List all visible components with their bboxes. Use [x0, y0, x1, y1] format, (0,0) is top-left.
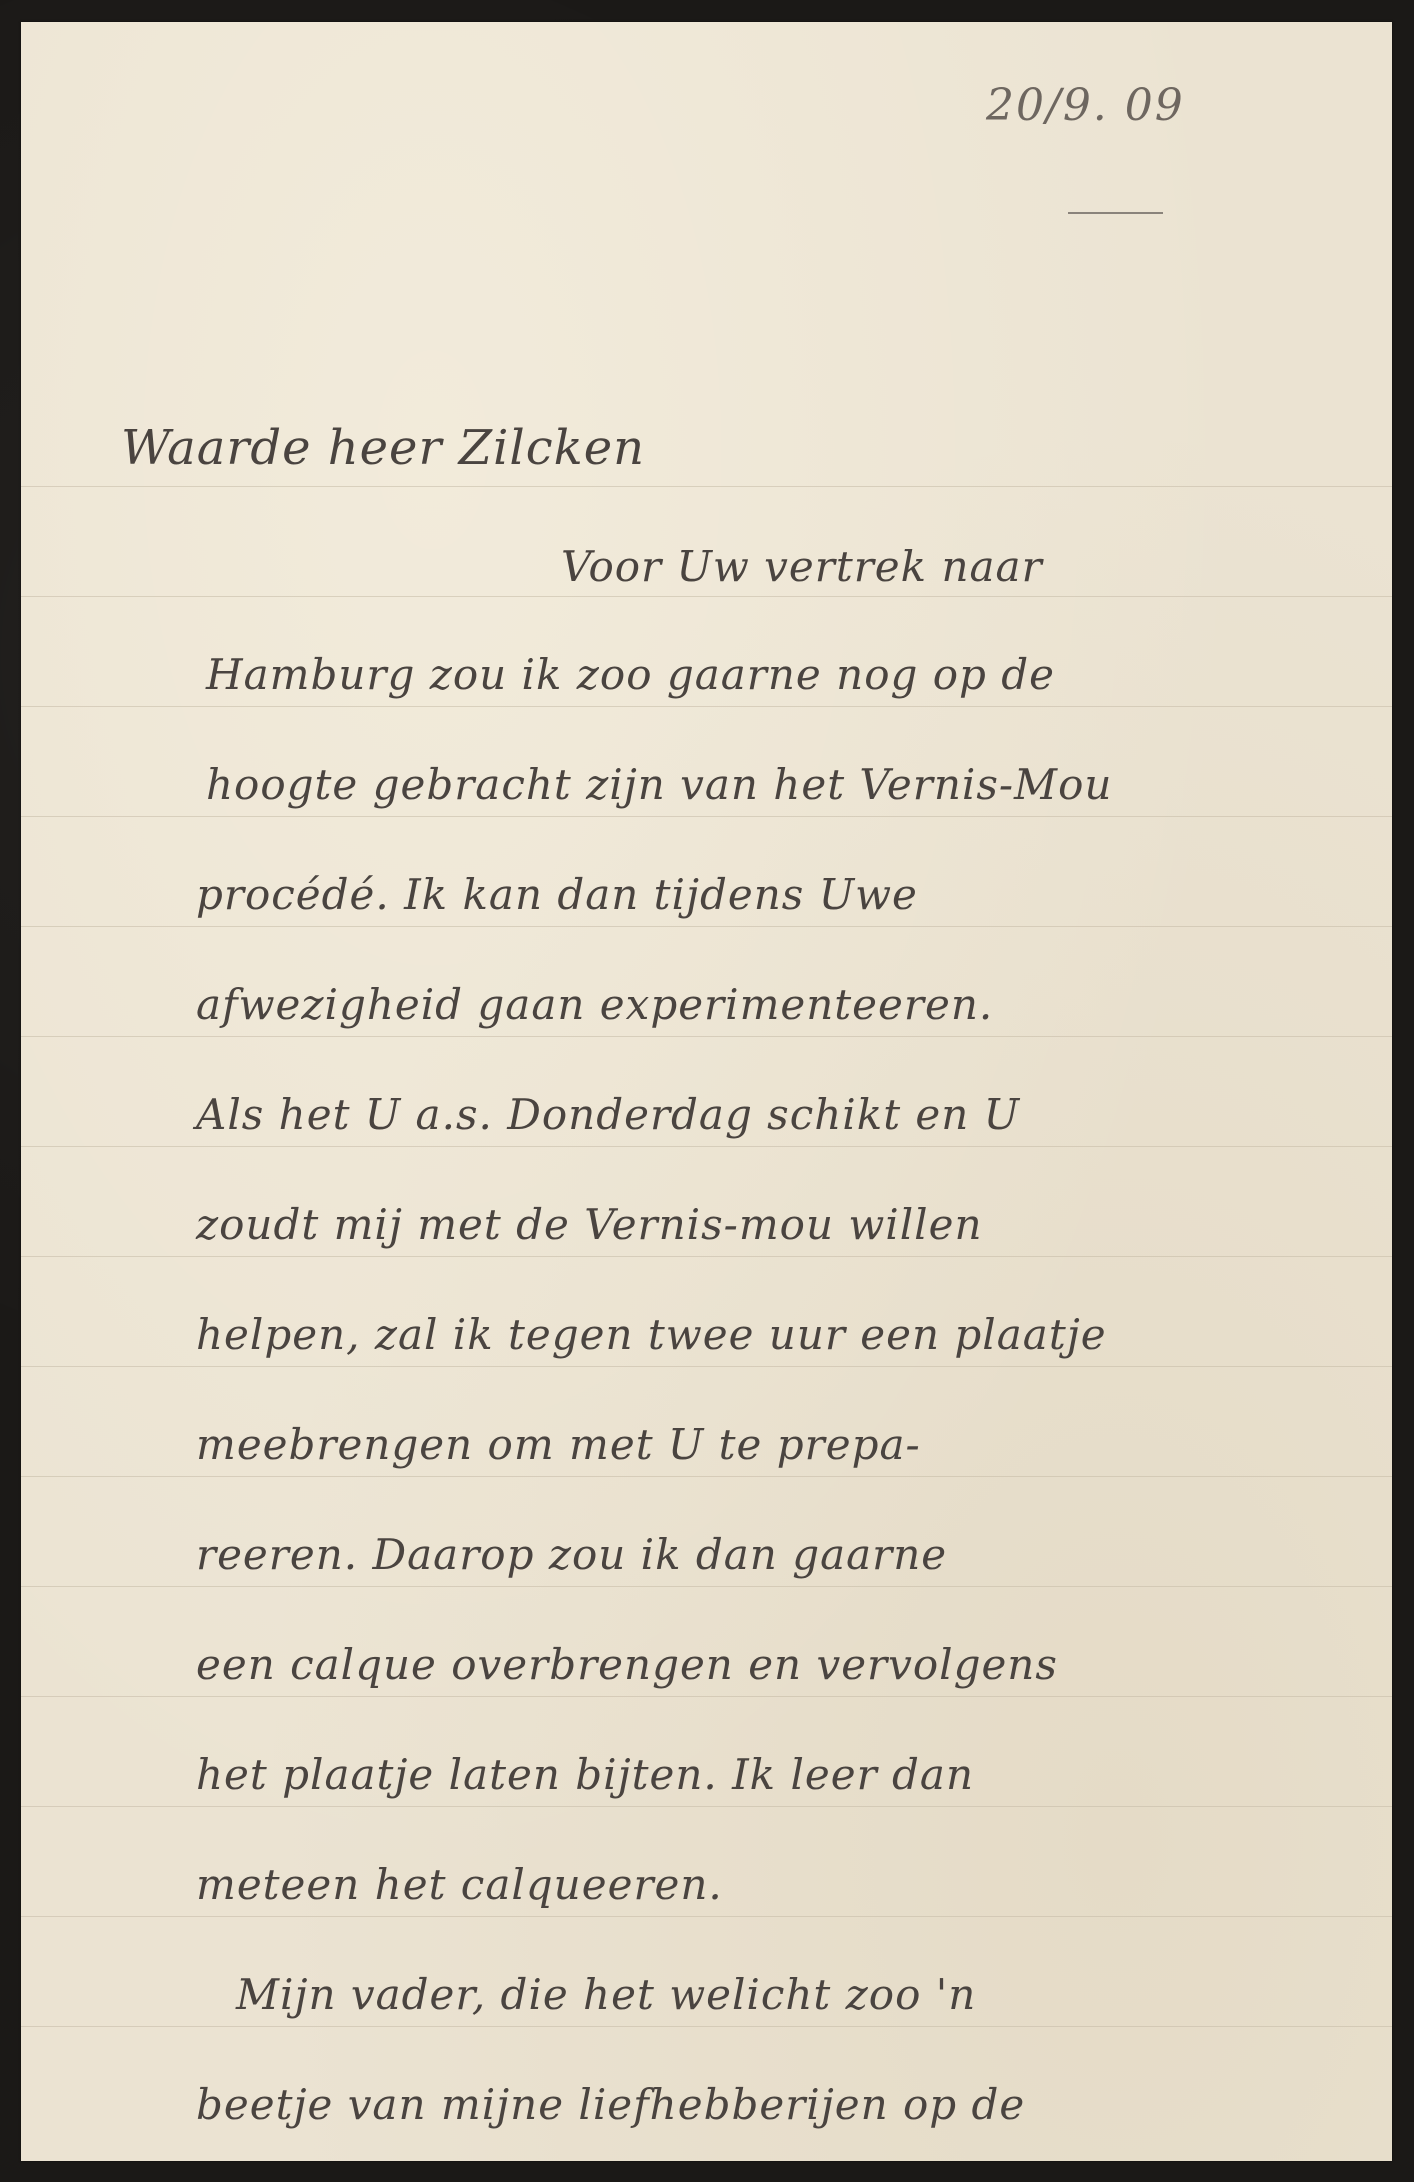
body-line-3: hoogte gebracht zijn van het Vernis-Mou: [206, 760, 1112, 809]
body-line-1: Voor Uw vertrek naar: [561, 542, 1043, 591]
ruled-line: [21, 1256, 1392, 1257]
ruled-line: [21, 706, 1392, 707]
ruled-line: [21, 2026, 1392, 2027]
ruled-line: [21, 596, 1392, 597]
ruled-line: [21, 1916, 1392, 1917]
ruled-line: [21, 1806, 1392, 1807]
letter-page: 20/9. 09 Waarde heer Zilcken Voor Uw ver…: [21, 22, 1392, 2161]
salutation: Waarde heer Zilcken: [121, 420, 645, 476]
ruled-line: [21, 1036, 1392, 1037]
body-line-11: een calque overbrengen en vervolgens: [196, 1640, 1058, 1689]
body-line-2: Hamburg zou ik zoo gaarne nog op de: [206, 650, 1055, 699]
body-line-14: Mijn vader, die het welicht zoo 'n: [236, 1970, 976, 2019]
body-line-5: afwezigheid gaan experimenteeren.: [196, 980, 993, 1029]
ruled-line: [21, 486, 1392, 487]
date-underline: [1068, 212, 1163, 214]
ruled-line: [21, 926, 1392, 927]
ruled-line: [21, 816, 1392, 817]
body-line-8: helpen, zal ik tegen twee uur een plaatj…: [196, 1310, 1107, 1359]
body-line-7: zoudt mij met de Vernis-mou willen: [196, 1200, 983, 1249]
body-line-15: beetje van mijne liefhebberijen op de: [196, 2080, 1025, 2129]
body-line-9: meebrengen om met U te prepa-: [196, 1420, 921, 1469]
ruled-line: [21, 1146, 1392, 1147]
body-line-13: meteen het calqueeren.: [196, 1860, 723, 1909]
ruled-line: [21, 1476, 1392, 1477]
ruled-line: [21, 1586, 1392, 1587]
ruled-line: [21, 1366, 1392, 1367]
body-line-12: het plaatje laten bijten. Ik leer dan: [196, 1750, 974, 1799]
body-line-4: procédé. Ik kan dan tijdens Uwe: [196, 870, 918, 919]
ruled-line: [21, 1696, 1392, 1697]
scanned-document: 20/9. 09 Waarde heer Zilcken Voor Uw ver…: [0, 0, 1414, 2182]
body-line-6: Als het U a.s. Donderdag schikt en U: [196, 1090, 1020, 1139]
letter-date: 20/9. 09: [986, 80, 1185, 131]
body-line-10: reeren. Daarop zou ik dan gaarne: [196, 1530, 947, 1579]
